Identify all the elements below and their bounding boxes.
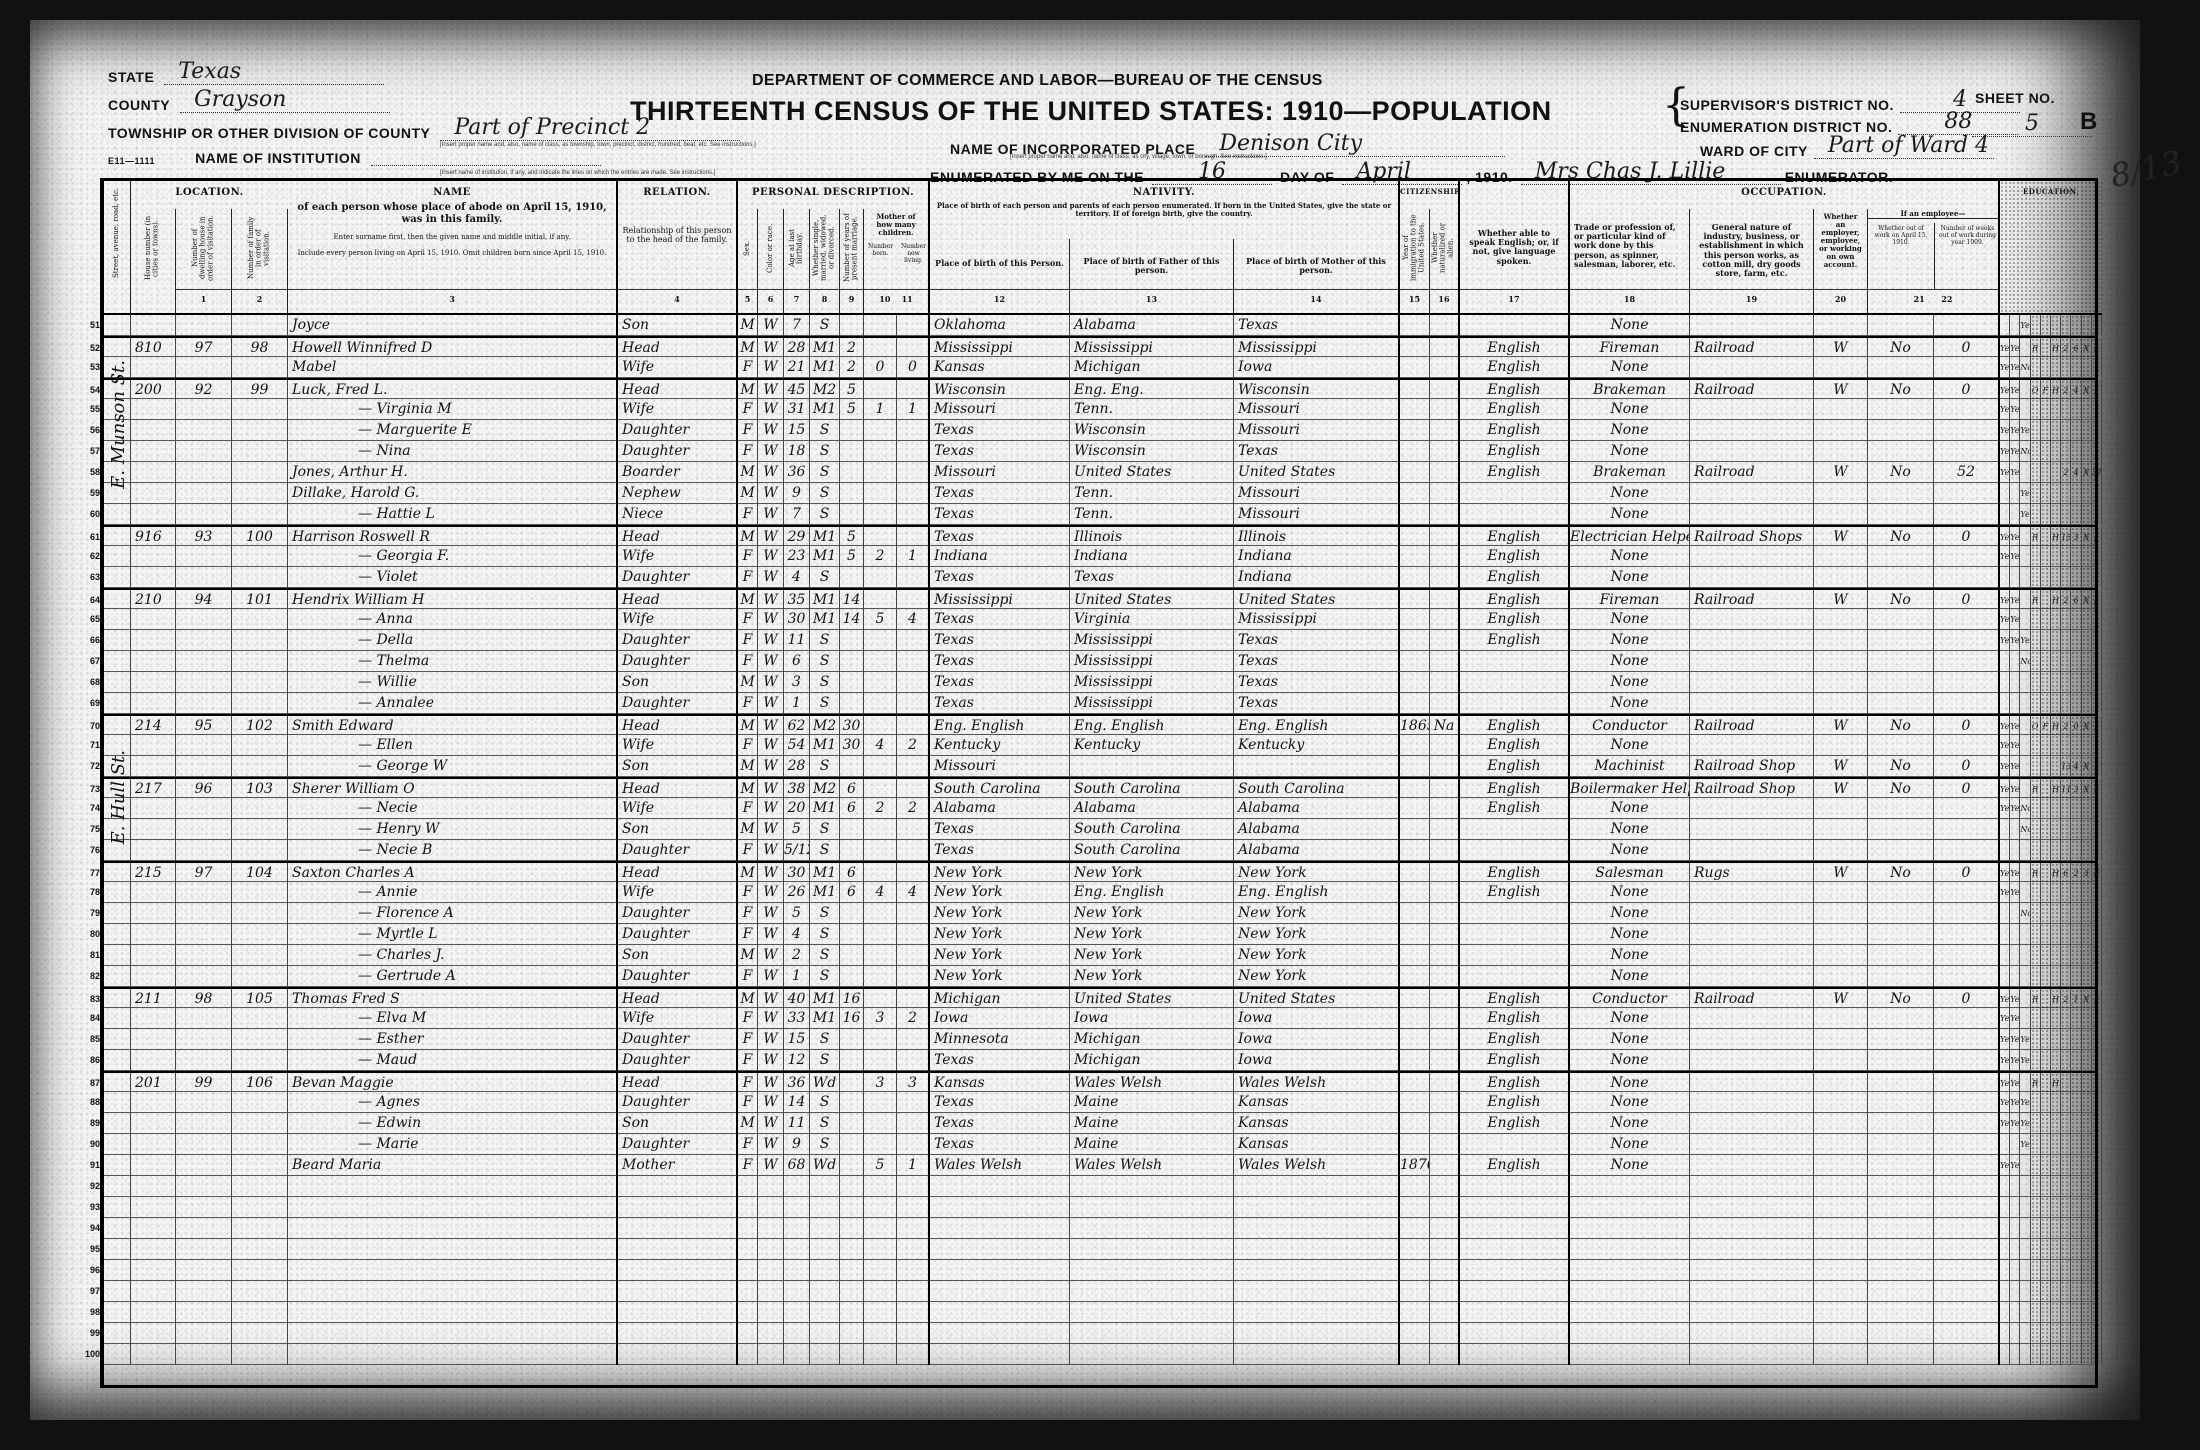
cell-industry <box>1690 1281 1814 1302</box>
cell-weeks <box>1934 1302 2000 1323</box>
cell-family <box>232 672 288 693</box>
cell-fh <box>2051 966 2061 987</box>
table-row: 8321198105Thomas Fred SHeadMW40M116Michi… <box>104 987 2095 1008</box>
cell-father-birth <box>1070 1323 1234 1344</box>
cell-read <box>2000 945 2010 966</box>
cell-deaf <box>2092 924 2102 945</box>
cell-fh <box>2051 462 2061 483</box>
cell-vet <box>2071 357 2081 378</box>
cell-living <box>897 1344 930 1365</box>
cell-free <box>2041 924 2051 945</box>
cell-name: — Annalee <box>288 693 618 714</box>
cell-color: W <box>758 989 784 1010</box>
cell-school <box>2020 716 2030 737</box>
cell-house <box>131 462 176 483</box>
cell-family <box>232 966 288 987</box>
cell-marital <box>810 1218 840 1239</box>
cell-oow <box>1868 693 1934 714</box>
cell-weeks <box>1934 966 2000 987</box>
cell-nat <box>1430 1050 1460 1071</box>
cell-name: — Marie <box>288 1134 618 1155</box>
col-language-header: Whether able to speak English; or, if no… <box>1460 181 1570 315</box>
cell-free <box>2041 1302 2051 1323</box>
cell-own <box>2031 1281 2041 1302</box>
cell-dwelling <box>176 1302 232 1323</box>
cell-oow <box>1868 672 1934 693</box>
cell-emp <box>1814 1260 1868 1281</box>
cell-street <box>104 693 131 714</box>
table-row: 542009299Luck, Fred L.HeadMW45M25Wiscons… <box>104 378 2095 399</box>
cell-street <box>104 1092 131 1113</box>
cell-birth: New York <box>930 966 1070 987</box>
cell-nat <box>1430 1155 1460 1176</box>
cell-fh <box>2051 1281 2061 1302</box>
cell-father-birth: Maine <box>1070 1113 1234 1134</box>
cell-emp <box>1814 819 1868 840</box>
cell-oow <box>1868 1113 1934 1134</box>
cell-born <box>864 630 897 651</box>
cell-born <box>864 903 897 924</box>
cell-family: 98 <box>232 338 288 359</box>
line-number: 97 <box>74 1281 100 1302</box>
cell-lang <box>1460 483 1570 504</box>
cell-sched <box>2061 1302 2071 1323</box>
table-row: 89— EdwinSonMW11STexasMaineKansasEnglish… <box>104 1113 2095 1134</box>
cell-marital: M1 <box>810 735 840 756</box>
cell-free <box>2041 1155 2051 1176</box>
cell-sched <box>2061 672 2071 693</box>
cell-name: — Thelma <box>288 651 618 672</box>
cell-imm <box>1400 630 1430 651</box>
cell-sched <box>2061 1008 2071 1029</box>
cell-age: 30 <box>784 863 810 884</box>
cell-oow <box>1868 1029 1934 1050</box>
cell-lang <box>1460 1260 1570 1281</box>
cell-family: 104 <box>232 863 288 884</box>
cell-relation <box>618 1176 738 1197</box>
cell-mother-birth: Texas <box>1234 672 1400 693</box>
cell-mother-birth <box>1234 1218 1400 1239</box>
cell-dwelling <box>176 441 232 462</box>
cell-living <box>897 1302 930 1323</box>
cell-sched <box>2061 315 2071 336</box>
cell-imm <box>1400 840 1430 861</box>
cell-age: 11 <box>784 1113 810 1134</box>
cell-trade: None <box>1570 567 1690 588</box>
cell-relation <box>618 1344 738 1365</box>
cell-living: 2 <box>897 798 930 819</box>
cell-weeks <box>1934 1281 2000 1302</box>
cell-deaf <box>2092 798 2102 819</box>
cell-relation: Niece <box>618 504 738 525</box>
cell-write <box>2010 1302 2020 1323</box>
cell-yrs <box>840 1302 864 1323</box>
table-row: 91Beard MariaMotherFW68Wd51Wales WelshWa… <box>104 1155 2095 1176</box>
cell-yrs: 6 <box>840 863 864 884</box>
cell-free: F <box>2041 716 2051 737</box>
cell-deaf <box>2092 1197 2102 1218</box>
cell-weeks <box>1934 504 2000 525</box>
cell-weeks <box>1934 1050 2000 1071</box>
cell-own: R <box>2031 779 2041 800</box>
cell-deaf <box>2092 1344 2102 1365</box>
cell-sched <box>2061 819 2071 840</box>
cell-emp <box>1814 1302 1868 1323</box>
cell-oow: No <box>1868 716 1934 737</box>
state-value: Texas <box>164 60 384 85</box>
cell-color: W <box>758 1113 784 1134</box>
cell-birth: Texas <box>930 609 1070 630</box>
cell-age: 36 <box>784 1073 810 1094</box>
cell-father-birth: United States <box>1070 989 1234 1010</box>
col-birthplace-header: Place of birth of this Person.12 <box>930 239 1070 315</box>
line-number: 74 <box>74 798 100 819</box>
cell-read <box>2000 693 2010 714</box>
cell-read: Yes <box>2000 441 2010 462</box>
cell-imm <box>1400 1218 1430 1239</box>
cell-own <box>2031 1344 2041 1365</box>
cell-mother-birth: Missouri <box>1234 399 1400 420</box>
cell-street <box>104 882 131 903</box>
cell-dwelling: 99 <box>176 1073 232 1094</box>
cell-born: 5 <box>864 1155 897 1176</box>
cell-house <box>131 966 176 987</box>
cell-name: — Henry W <box>288 819 618 840</box>
cell-sex <box>738 1218 758 1239</box>
cell-father-birth: South Carolina <box>1070 779 1234 800</box>
cell-deaf <box>2092 1281 2102 1302</box>
cell-emp <box>1814 504 1868 525</box>
cell-blind <box>2082 315 2092 336</box>
cell-free <box>2041 567 2051 588</box>
cell-father-birth: Michigan <box>1070 1029 1234 1050</box>
cell-school <box>2020 945 2030 966</box>
cell-age: 4 <box>784 567 810 588</box>
col-naturalized-header: Whether naturalized or alien.16 <box>1430 209 1460 315</box>
cell-house <box>131 1029 176 1050</box>
table-row: 76— Necie BDaughterFW5/12STexasSouth Car… <box>104 840 2095 861</box>
cell-age: 62 <box>784 716 810 737</box>
cell-house <box>131 399 176 420</box>
cell-house <box>131 1176 176 1197</box>
cell-deaf <box>2092 1155 2102 1176</box>
cell-sched <box>2061 1197 2071 1218</box>
cell-father-birth: Maine <box>1070 1092 1234 1113</box>
cell-name: — Elva M <box>288 1008 618 1029</box>
cell-own: R <box>2031 1073 2041 1094</box>
cell-imm <box>1400 590 1430 611</box>
cell-father-birth: Wales Welsh <box>1070 1155 1234 1176</box>
cell-yrs: 2 <box>840 357 864 378</box>
cell-fh: H <box>2051 1073 2061 1094</box>
table-row: 82— Gertrude ADaughterFW1SNew YorkNew Yo… <box>104 966 2095 987</box>
cell-trade <box>1570 1281 1690 1302</box>
cell-school <box>2020 779 2030 800</box>
cell-emp: W <box>1814 590 1868 611</box>
cell-father-birth: Wisconsin <box>1070 441 1234 462</box>
cell-color: W <box>758 1050 784 1071</box>
cell-father-birth: Wales Welsh <box>1070 1073 1234 1094</box>
cell-age: 38 <box>784 779 810 800</box>
cell-family <box>232 1050 288 1071</box>
cell-marital: M2 <box>810 716 840 737</box>
cell-street <box>104 1260 131 1281</box>
cell-blind <box>2082 672 2092 693</box>
cell-living <box>897 420 930 441</box>
cell-free <box>2041 1218 2051 1239</box>
cell-birth: Missouri <box>930 399 1070 420</box>
cell-imm <box>1400 1134 1430 1155</box>
cell-free <box>2041 1092 2051 1113</box>
cell-trade: Conductor <box>1570 989 1690 1010</box>
cell-own <box>2031 1155 2041 1176</box>
table-row: 96 <box>104 1260 2095 1281</box>
cell-read: Yes <box>2000 420 2010 441</box>
cell-dwelling <box>176 819 232 840</box>
cell-oow <box>1868 1008 1934 1029</box>
cell-sex: M <box>738 779 758 800</box>
cell-vet: 3 <box>2071 527 2081 548</box>
cell-emp <box>1814 1073 1868 1094</box>
cell-free <box>2041 840 2051 861</box>
cell-family <box>232 315 288 336</box>
cell-mother-birth: South Carolina <box>1234 779 1400 800</box>
cell-marital: M2 <box>810 779 840 800</box>
cell-color: W <box>758 527 784 548</box>
cell-emp <box>1814 1029 1868 1050</box>
cell-write <box>2010 1281 2020 1302</box>
cell-dwelling: 97 <box>176 863 232 884</box>
cell-deaf <box>2092 609 2102 630</box>
cell-yrs: 5 <box>840 527 864 548</box>
cell-lang <box>1460 840 1570 861</box>
cell-age <box>784 1197 810 1218</box>
cell-born <box>864 441 897 462</box>
cell-weeks <box>1934 798 2000 819</box>
cell-write: Yes <box>2010 609 2020 630</box>
col-relation-header: RELATION. Relationship of this person to… <box>618 181 738 315</box>
cell-weeks <box>1934 1155 2000 1176</box>
cell-father-birth <box>1070 1197 1234 1218</box>
cell-fh <box>2051 1344 2061 1365</box>
cell-own: O <box>2031 716 2041 737</box>
cell-birth: New York <box>930 863 1070 884</box>
cell-age: 5 <box>784 819 810 840</box>
cell-weeks <box>1934 399 2000 420</box>
cell-marital: M1 <box>810 338 840 359</box>
cell-weeks <box>1934 1134 2000 1155</box>
cell-mother-birth: United States <box>1234 989 1400 1010</box>
cell-vet <box>2071 1197 2081 1218</box>
cell-color: W <box>758 798 784 819</box>
cell-house: 810 <box>131 338 176 359</box>
cell-industry <box>1690 1176 1814 1197</box>
cell-street <box>104 1197 131 1218</box>
cell-age <box>784 1302 810 1323</box>
cell-mother-birth <box>1234 1176 1400 1197</box>
cell-write <box>2010 1344 2020 1365</box>
cell-read <box>2000 1302 2010 1323</box>
cell-yrs: 14 <box>840 590 864 611</box>
table-row: 80— Myrtle LDaughterFW4SNew YorkNew York… <box>104 924 2095 945</box>
cell-born <box>864 863 897 884</box>
cell-oow <box>1868 840 1934 861</box>
cell-dwelling <box>176 630 232 651</box>
cell-father-birth <box>1070 1302 1234 1323</box>
cell-born <box>864 819 897 840</box>
cell-deaf: 5 <box>2092 779 2102 800</box>
cell-color: W <box>758 399 784 420</box>
cell-name <box>288 1197 618 1218</box>
col-sex-header: Sex.5 <box>738 209 758 315</box>
cell-family <box>232 798 288 819</box>
cell-house: 200 <box>131 380 176 401</box>
cell-living <box>897 1113 930 1134</box>
cell-lang <box>1460 693 1570 714</box>
cell-sex: F <box>738 357 758 378</box>
cell-nat <box>1430 651 1460 672</box>
cell-industry <box>1690 735 1814 756</box>
cell-street <box>104 966 131 987</box>
cell-school: Yes <box>2020 420 2030 441</box>
cell-oow <box>1868 1073 1934 1094</box>
cell-school <box>2020 882 2030 903</box>
cell-deaf <box>2092 1239 2102 1260</box>
cell-free <box>2041 735 2051 756</box>
cell-read <box>2000 1239 2010 1260</box>
cell-marital <box>810 1197 840 1218</box>
line-number: 98 <box>74 1302 100 1323</box>
cell-street <box>104 903 131 924</box>
cell-yrs <box>840 1344 864 1365</box>
cell-name: — Maud <box>288 1050 618 1071</box>
cell-sched <box>2061 1344 2071 1365</box>
cell-sex: F <box>738 420 758 441</box>
cell-father-birth: Maine <box>1070 1134 1234 1155</box>
col-age-header: Age at last birthday.7 <box>784 209 810 315</box>
cell-lang: English <box>1460 420 1570 441</box>
line-number: 68 <box>74 672 100 693</box>
table-row: 51JoyceSonMW7SOklahomaAlabamaTexasNoneYe… <box>104 315 2095 336</box>
cell-dwelling <box>176 1344 232 1365</box>
cell-school <box>2020 462 2030 483</box>
cell-birth: Texas <box>930 1092 1070 1113</box>
cell-yrs <box>840 1073 864 1094</box>
cell-vet <box>2071 1050 2081 1071</box>
cell-born: 4 <box>864 882 897 903</box>
cell-birth: Alabama <box>930 798 1070 819</box>
cell-free <box>2041 1113 2051 1134</box>
cell-yrs: 30 <box>840 716 864 737</box>
cell-nat <box>1430 1323 1460 1344</box>
cell-read <box>2000 966 2010 987</box>
cell-house <box>131 1113 176 1134</box>
cell-school <box>2020 567 2030 588</box>
cell-name: — Charles J. <box>288 945 618 966</box>
cell-imm <box>1400 609 1430 630</box>
cell-name: Sherer William O <box>288 779 618 800</box>
cell-house <box>131 819 176 840</box>
cell-write <box>2010 924 2020 945</box>
cell-sex <box>738 1239 758 1260</box>
cell-trade: None <box>1570 840 1690 861</box>
county-label: County <box>108 97 170 113</box>
cell-school <box>2020 1197 2030 1218</box>
cell-emp <box>1814 735 1868 756</box>
cell-born <box>864 590 897 611</box>
cell-industry <box>1690 1344 1814 1365</box>
cell-color: W <box>758 756 784 777</box>
cell-industry: Railroad <box>1690 590 1814 611</box>
cell-house <box>131 315 176 336</box>
cell-sex: F <box>738 1155 758 1176</box>
cell-name: — Gertrude A <box>288 966 618 987</box>
cell-imm <box>1400 1092 1430 1113</box>
cell-trade: None <box>1570 1092 1690 1113</box>
cell-dwelling <box>176 609 232 630</box>
cell-oow <box>1868 1323 1934 1344</box>
cell-house <box>131 693 176 714</box>
cell-fh <box>2051 315 2061 336</box>
cell-sched <box>2061 1050 2071 1071</box>
table-row: 78— AnnieWifeFW26M1644New YorkEng. Engli… <box>104 882 2095 903</box>
cell-birth: South Carolina <box>930 779 1070 800</box>
cell-weeks <box>1934 1218 2000 1239</box>
cell-weeks: 0 <box>1934 863 2000 884</box>
cell-family <box>232 945 288 966</box>
cell-color: W <box>758 1073 784 1094</box>
cell-lang <box>1460 672 1570 693</box>
cell-age: 35 <box>784 590 810 611</box>
cell-deaf <box>2092 1029 2102 1050</box>
table-row: 98 <box>104 1302 2095 1323</box>
col-education-ownership-header: EDUCATION. <box>2000 181 2102 315</box>
cell-family <box>232 504 288 525</box>
cell-street <box>104 590 131 611</box>
cell-emp <box>1814 1113 1868 1134</box>
cell-industry <box>1690 504 1814 525</box>
cell-dwelling <box>176 357 232 378</box>
cell-fh <box>2051 945 2061 966</box>
cell-name: — Marguerite E <box>288 420 618 441</box>
cell-blind <box>2082 966 2092 987</box>
cell-born <box>864 756 897 777</box>
cell-write: Yes <box>2010 462 2020 483</box>
cell-sched <box>2061 966 2071 987</box>
cell-vet <box>2071 1073 2081 1094</box>
cell-family <box>232 840 288 861</box>
cell-street <box>104 1323 131 1344</box>
cell-relation: Wife <box>618 546 738 567</box>
cell-age: 26 <box>784 882 810 903</box>
cell-weeks <box>1934 315 2000 336</box>
col-family-header: Number of family in order of visitation.… <box>232 209 288 315</box>
cell-fh <box>2051 1092 2061 1113</box>
cell-trade: None <box>1570 1113 1690 1134</box>
cell-oow <box>1868 1092 1934 1113</box>
cell-free <box>2041 1134 2051 1155</box>
line-number: 85 <box>74 1029 100 1050</box>
cell-blind <box>2082 903 2092 924</box>
cell-blind <box>2082 420 2092 441</box>
cell-house <box>131 609 176 630</box>
cell-sex: F <box>738 546 758 567</box>
cell-relation: Daughter <box>618 903 738 924</box>
cell-fh <box>2051 399 2061 420</box>
cell-weeks <box>1934 630 2000 651</box>
cell-lang: English <box>1460 716 1570 737</box>
cell-sex: F <box>738 1008 758 1029</box>
